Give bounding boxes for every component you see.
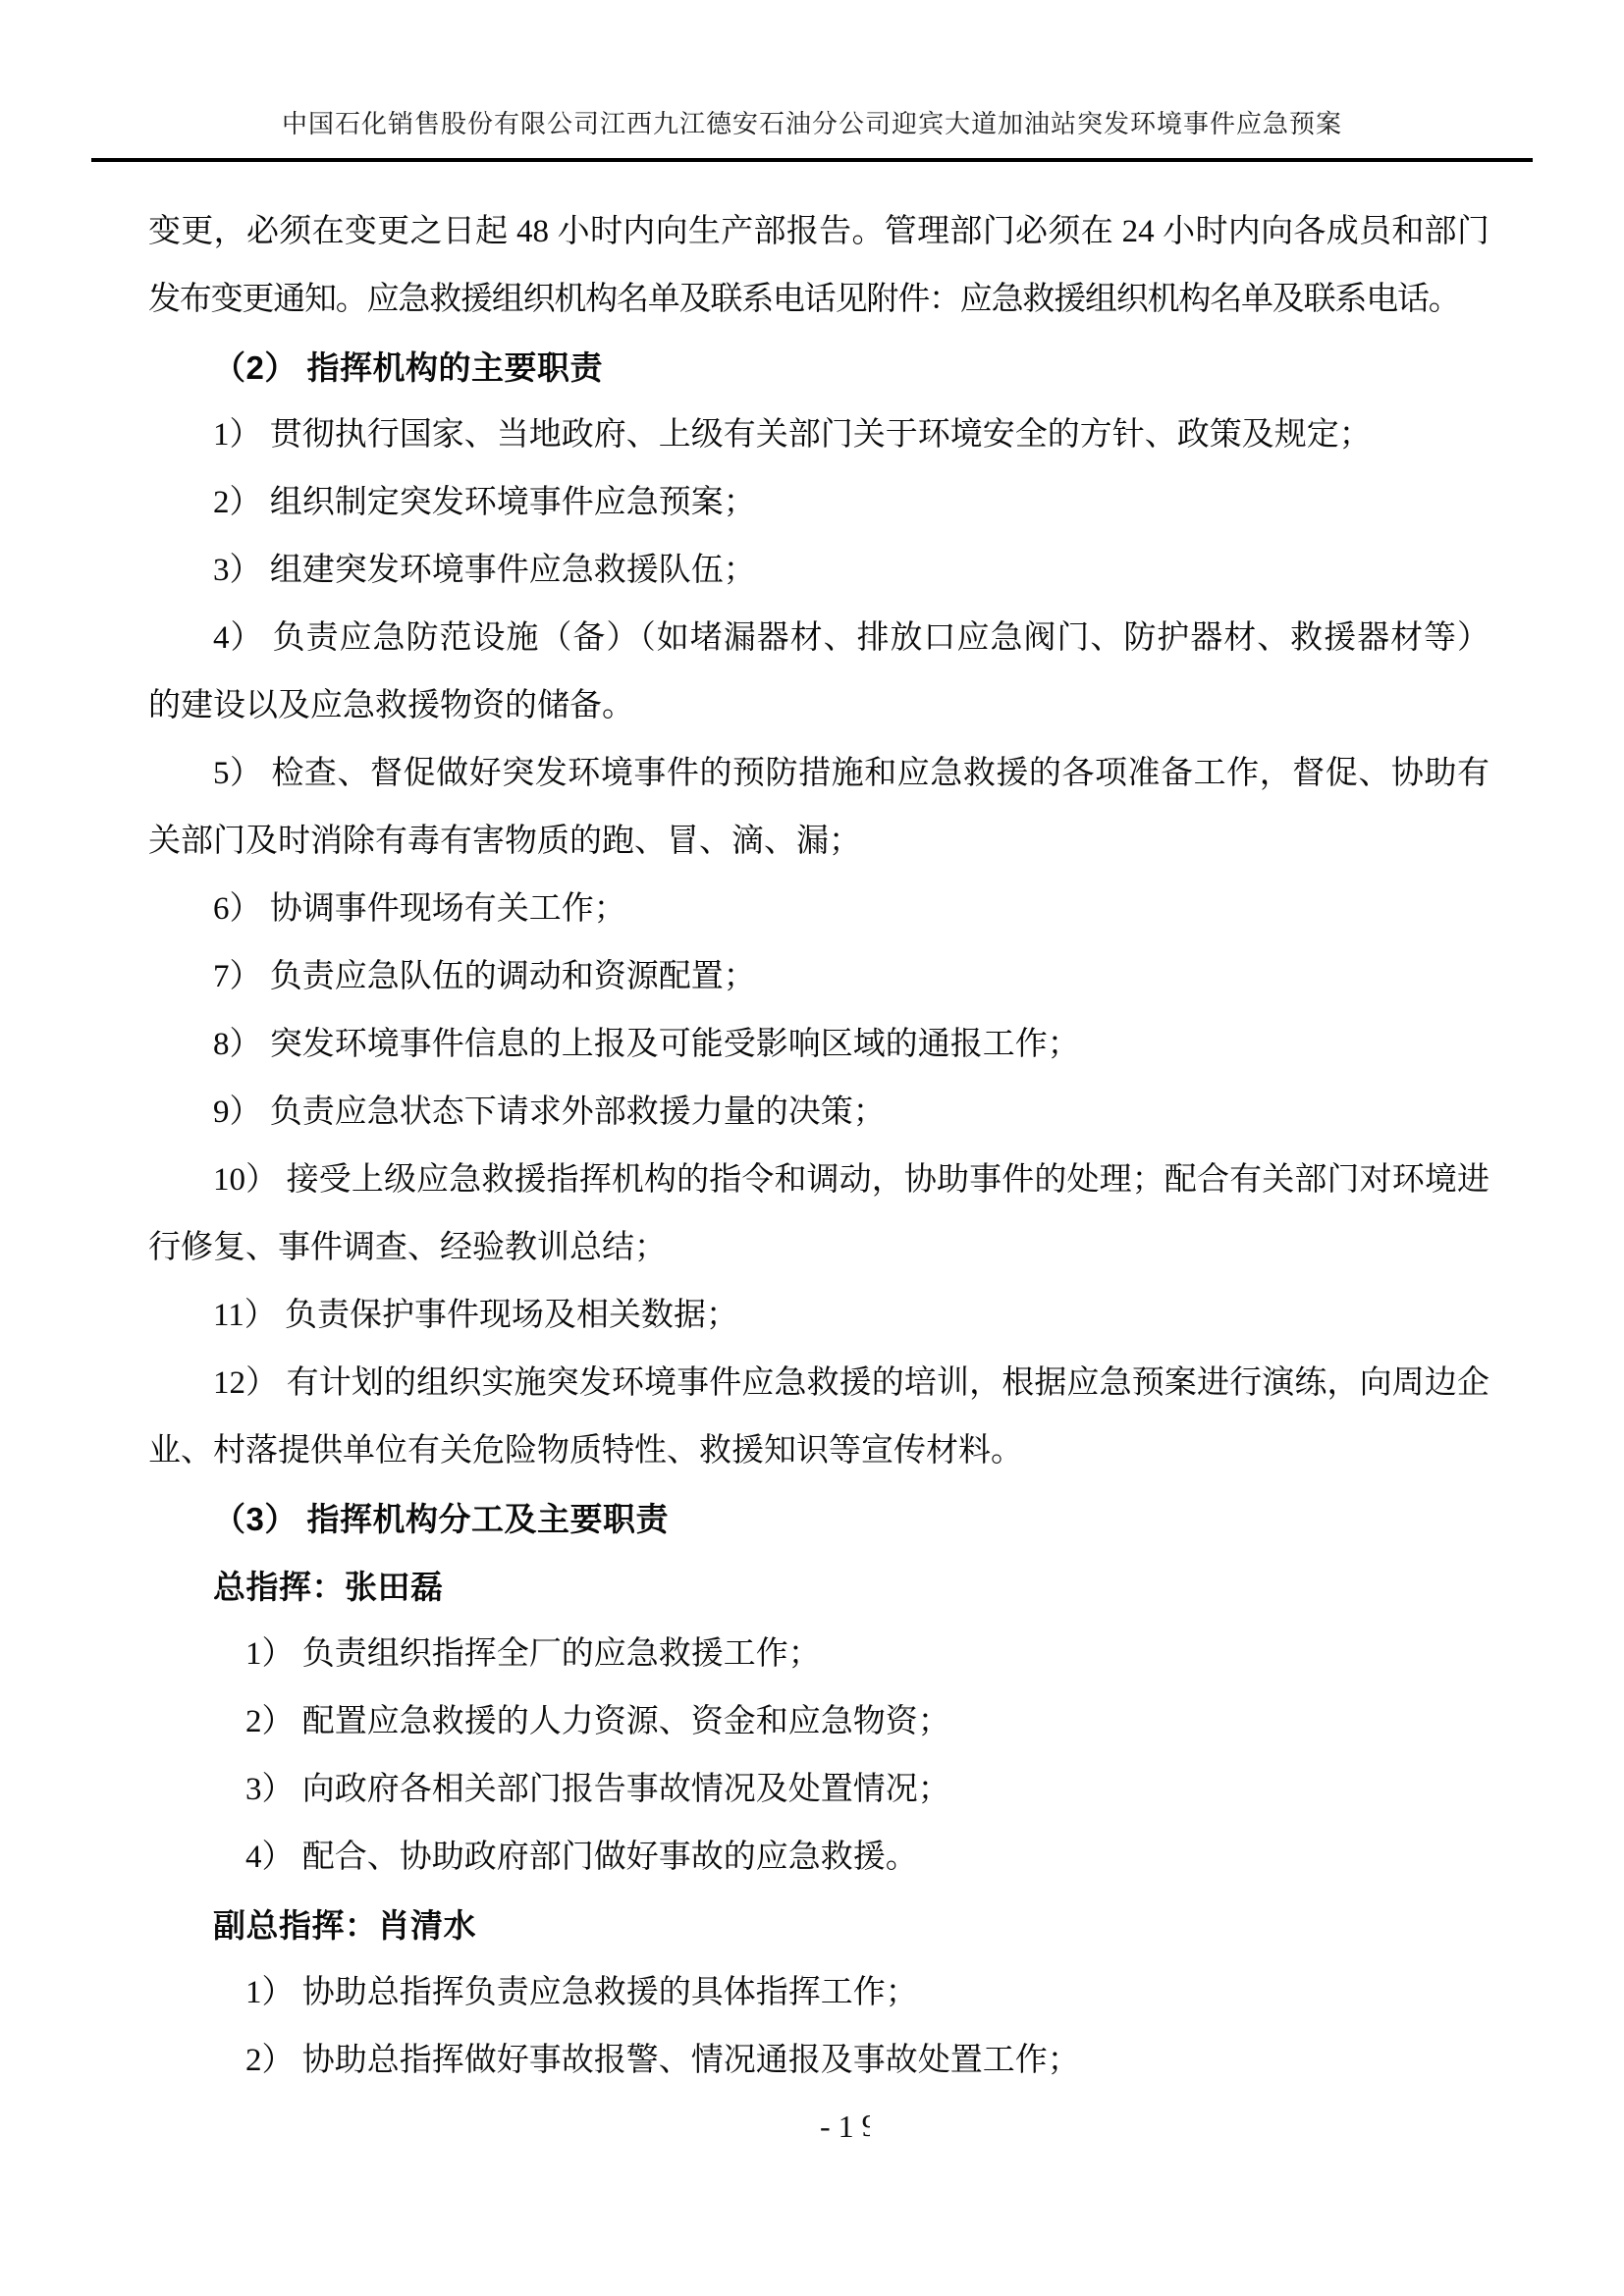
- list-item: 1） 贯彻执行国家、当地政府、上级有关部门关于环境安全的方针、政策及规定；: [148, 401, 1489, 469]
- page-number-clipped-digit: 9: [862, 2108, 870, 2144]
- header-divider-line: [91, 158, 1533, 162]
- list-item: 11） 负责保护事件现场及相关数据；: [148, 1282, 1489, 1350]
- page-number: - 1: [820, 2109, 854, 2144]
- list-item: 2） 配置应急救援的人力资源、资金和应急物资；: [148, 1688, 1489, 1756]
- section-heading-duties: （2） 指挥机构的主要职责: [148, 334, 1489, 401]
- section-heading-division: （3） 指挥机构分工及主要职责: [148, 1485, 1489, 1553]
- page-footer: - 1 9: [820, 2108, 870, 2145]
- list-item: 4） 负责应急防范设施（备）（如堵漏器材、排放口应急阀门、防护器材、救援器材等）: [148, 605, 1489, 672]
- paragraph-line: 关部门及时消除有毒有害物质的跑、冒、滴、漏；: [148, 808, 1489, 876]
- list-item: 12） 有计划的组织实施突发环境事件应急救援的培训，根据应急预案进行演练，向周边…: [148, 1350, 1489, 1417]
- list-item: 2） 组织制定突发环境事件应急预案；: [148, 469, 1489, 537]
- chief-commander-heading: 总指挥：张田磊: [148, 1553, 1489, 1621]
- list-item: 3） 向政府各相关部门报告事故情况及处置情况；: [148, 1756, 1489, 1824]
- page-header: 中国石化销售股份有限公司江西九江德安石油分公司迎宾大道加油站突发环境事件应急预案: [93, 104, 1531, 140]
- paragraph-line: 业、村落提供单位有关危险物质特性、救援知识等宣传材料。: [148, 1417, 1489, 1485]
- deputy-commander-heading: 副总指挥：肖清水: [148, 1892, 1489, 1959]
- paragraph-line: 行修复、事件调查、经验教训总结；: [148, 1214, 1489, 1282]
- paragraph-line: 的建设以及应急救援物资的储备。: [148, 672, 1489, 740]
- list-item: 9） 负责应急状态下请求外部救援力量的决策；: [148, 1079, 1489, 1147]
- list-item: 2） 协助总指挥做好事故报警、情况通报及事故处置工作；: [148, 2027, 1489, 2095]
- list-item: 6） 协调事件现场有关工作；: [148, 876, 1489, 943]
- list-item: 1） 负责组织指挥全厂的应急救援工作；: [148, 1621, 1489, 1688]
- list-item: 8） 突发环境事件信息的上报及可能受影响区域的通报工作；: [148, 1011, 1489, 1079]
- paragraph-line: 发布变更通知。应急救援组织机构名单及联系电话见附件：应急救援组织机构名单及联系电…: [148, 266, 1489, 334]
- list-item: 1） 协助总指挥负责应急救援的具体指挥工作；: [148, 1959, 1489, 2027]
- paragraph-line: 变更，必须在变更之日起 48 小时内向生产部报告。管理部门必须在 24 小时内向…: [148, 198, 1489, 266]
- list-item: 10） 接受上级应急救援指挥机构的指令和调动，协助事件的处理；配合有关部门对环境…: [148, 1147, 1489, 1214]
- header-title: 中国石化销售股份有限公司江西九江德安石油分公司迎宾大道加油站突发环境事件应急预案: [282, 110, 1342, 138]
- list-item: 7） 负责应急队伍的调动和资源配置；: [148, 943, 1489, 1011]
- list-item: 4） 配合、协助政府部门做好事故的应急救援。: [148, 1824, 1489, 1892]
- list-item: 3） 组建突发环境事件应急救援队伍；: [148, 537, 1489, 605]
- document-body: 变更，必须在变更之日起 48 小时内向生产部报告。管理部门必须在 24 小时内向…: [148, 198, 1489, 2095]
- list-item: 5） 检查、督促做好突发环境事件的预防措施和应急救援的各项准备工作，督促、协助有: [148, 740, 1489, 808]
